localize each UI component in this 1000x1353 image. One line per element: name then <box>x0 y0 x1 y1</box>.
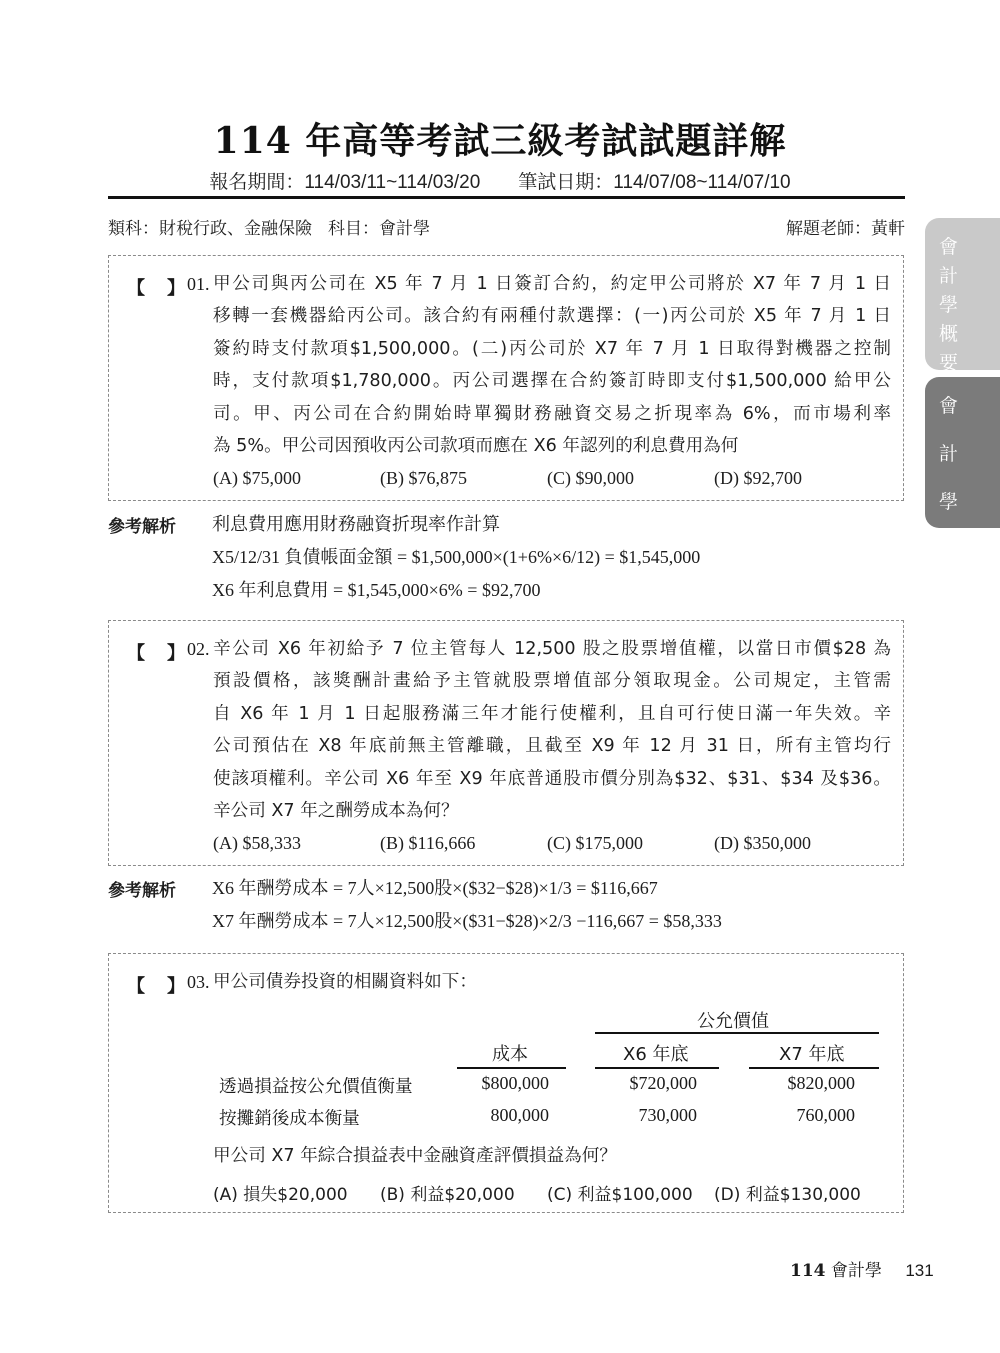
answer-options: (A) $58,333 (B) $116,666 (C) $175,000 (D… <box>213 833 881 854</box>
investment-table: 公允價值 成本 X6 年底 X7 年底 透過損益按公允價值衡量 $800,000… <box>109 954 905 1134</box>
table-cell: $720,000 <box>630 1073 698 1094</box>
explanation-line: X5/12/31 負債帳面金額 = $1,500,000×(1+6%×6/12)… <box>212 541 700 574</box>
group-header-rule <box>595 1032 879 1034</box>
answer-label: 參考解析 <box>108 512 176 537</box>
option-c: (C) $175,000 <box>547 833 714 854</box>
row-label: 透過損益按公允價值衡量 <box>219 1073 413 1098</box>
column-header-cost: 成本 <box>492 1040 528 1066</box>
question-line: 甲公司與丙公司在 X5 年 7 月 1 日簽訂合約，約定甲公司將於 X7 年 7… <box>213 268 891 300</box>
column-header-x7: X7 年底 <box>779 1040 845 1066</box>
footer-book-year: 114 <box>790 1261 826 1281</box>
explanation-line: X6 年利息費用 = $1,545,000×6% = $92,700 <box>212 574 700 607</box>
page-footer: 114 會計學 131 <box>790 1256 934 1281</box>
footer-subject: 會計學 <box>831 1261 882 1281</box>
question-line: 移轉一套機器給丙公司。該合約有兩種付款選擇：(一)丙公司於 X5 年 7 月 1… <box>213 300 891 332</box>
column-header-x6: X6 年底 <box>623 1040 689 1066</box>
side-tab-accounting-overview[interactable]: 會 計 學 概 要 <box>925 218 1000 370</box>
option-a: (A) $58,333 <box>213 833 380 854</box>
question-number: 01. <box>187 274 210 300</box>
tab-char: 計 <box>939 261 958 288</box>
question-text: 辛公司 X6 年初給予 7 位主管每人 12,500 股之股票增值權，以當日市價… <box>213 633 891 827</box>
tab-char: 概 <box>939 319 958 346</box>
answer-label: 參考解析 <box>108 876 176 901</box>
question-text: 甲公司 X7 年綜合損益表中金融資產評價損益為何？ <box>213 1140 891 1172</box>
table-cell: 730,000 <box>639 1105 698 1126</box>
option-d: (D) $350,000 <box>714 833 881 854</box>
column-rule-cost <box>457 1067 566 1069</box>
answer-bracket-open: 【 <box>127 274 145 300</box>
option-d: (D) $92,700 <box>714 468 881 489</box>
header-divider <box>108 196 905 199</box>
question-text: 甲公司與丙公司在 X5 年 7 月 1 日簽訂合約，約定甲公司將於 X7 年 7… <box>213 268 891 462</box>
column-rule-x6 <box>595 1067 719 1069</box>
tab-char: 學 <box>939 487 958 514</box>
question-line: 簽約時支付款項$1,500,000。(二)丙公司於 X7 年 7 月 1 日取得… <box>213 333 891 365</box>
question-line: 甲公司 X7 年綜合損益表中金融資產評價損益為何？ <box>213 1140 891 1172</box>
answer-bracket-close: 】 <box>167 639 185 665</box>
question-line: 辛公司 X6 年初給予 7 位主管每人 12,500 股之股票增值權，以當日市價… <box>213 633 891 665</box>
table-cell: 800,000 <box>491 1105 550 1126</box>
table-cell: 760,000 <box>797 1105 856 1126</box>
category: 類科：財稅行政、金融保險 <box>108 219 312 239</box>
question-box-01: 【】01. 甲公司與丙公司在 X5 年 7 月 1 日簽訂合約，約定甲公司將於 … <box>108 255 904 501</box>
meta-row: 類科：財稅行政、金融保險科目：會計學 解題老師：黃軒 <box>108 214 905 239</box>
question-line: 司。甲、丙公司在合約開始時單獨財務融資交易之折現率為 6%，而市場利率 <box>213 398 891 430</box>
page-title: 114 年高等考試三級考試試題詳解 <box>0 113 1000 164</box>
column-rule-x7 <box>749 1067 879 1069</box>
tab-char: 會 <box>939 391 958 418</box>
question-line: 自 X6 年 1 月 1 日起服務滿三年才能行使權利，且自可行使日滿一年失效。辛 <box>213 698 891 730</box>
question-box-02: 【】02. 辛公司 X6 年初給予 7 位主管每人 12,500 股之股票增值權… <box>108 620 904 866</box>
question-header: 【】02. <box>127 639 210 665</box>
tab-char: 要 <box>939 348 958 375</box>
option-c: (C) 利益$100,000 <box>547 1180 714 1205</box>
question-header: 【】01. <box>127 274 210 300</box>
page-number: 131 <box>905 1261 933 1280</box>
teacher: 解題老師：黃軒 <box>786 214 905 239</box>
question-box-03: 【】03. 甲公司債券投資的相關資料如下： 公允價值 成本 X6 年底 X7 年… <box>108 953 904 1213</box>
table-group-header: 公允價值 <box>697 1007 769 1033</box>
answer-options: (A) $75,000 (B) $76,875 (C) $90,000 (D) … <box>213 468 881 489</box>
option-b: (B) $76,875 <box>380 468 547 489</box>
question-line: 為 5%。甲公司因預收丙公司款項而應在 X6 年認列的利息費用為何 <box>213 430 891 462</box>
question-line: 公司預估在 X8 年底前無主管離職，且截至 X9 年 12 月 31 日，所有主… <box>213 730 891 762</box>
option-a: (A) 損失$20,000 <box>213 1180 380 1205</box>
question-line: 使該項權利。辛公司 X6 年至 X9 年底普通股市價分別為$32、$31、$34… <box>213 763 891 795</box>
explanation-line: X6 年酬勞成本 = 7人×12,500股×($32−$28)×1/3 = $1… <box>212 872 722 905</box>
tab-char: 學 <box>939 290 958 317</box>
answer-options: (A) 損失$20,000 (B) 利益$20,000 (C) 利益$100,0… <box>213 1180 881 1205</box>
tab-char: 計 <box>939 439 958 466</box>
option-d: (D) 利益$130,000 <box>714 1180 881 1205</box>
option-a: (A) $75,000 <box>213 468 380 489</box>
question-number: 02. <box>187 639 210 665</box>
subject: 科目：會計學 <box>328 219 430 239</box>
registration-period: 報名期間：114/03/11~114/03/20 <box>209 172 480 193</box>
exam-dates: 報名期間：114/03/11~114/03/20筆試日期：114/07/08~1… <box>0 167 1000 194</box>
question-line: 辛公司 X7 年之酬勞成本為何？ <box>213 795 891 827</box>
tab-char: 會 <box>939 232 958 259</box>
question-line: 預設價格，該獎酬計畫給予主管就股票增值部分領取現金。公司規定，主管需 <box>213 665 891 697</box>
answer-bracket-close: 】 <box>167 274 185 300</box>
table-cell: $800,000 <box>482 1073 550 1094</box>
question-line: 時，支付款項$1,780,000。丙公司選擇在合約簽訂時即支付$1,500,00… <box>213 365 891 397</box>
written-exam-dates: 筆試日期：114/07/08~114/07/10 <box>518 172 790 193</box>
option-b: (B) 利益$20,000 <box>380 1180 547 1205</box>
explanation-line: 利息費用應用財務融資折現率作計算 <box>212 508 700 541</box>
explanation-line: X7 年酬勞成本 = 7人×12,500股×($31−$28)×2/3 −116… <box>212 905 722 938</box>
option-c: (C) $90,000 <box>547 468 714 489</box>
answer-bracket-open: 【 <box>127 639 145 665</box>
option-b: (B) $116,666 <box>380 833 547 854</box>
table-cell: $820,000 <box>788 1073 856 1094</box>
row-label: 按攤銷後成本衡量 <box>219 1105 360 1130</box>
side-tab-accounting[interactable]: 會 計 學 <box>925 377 1000 528</box>
